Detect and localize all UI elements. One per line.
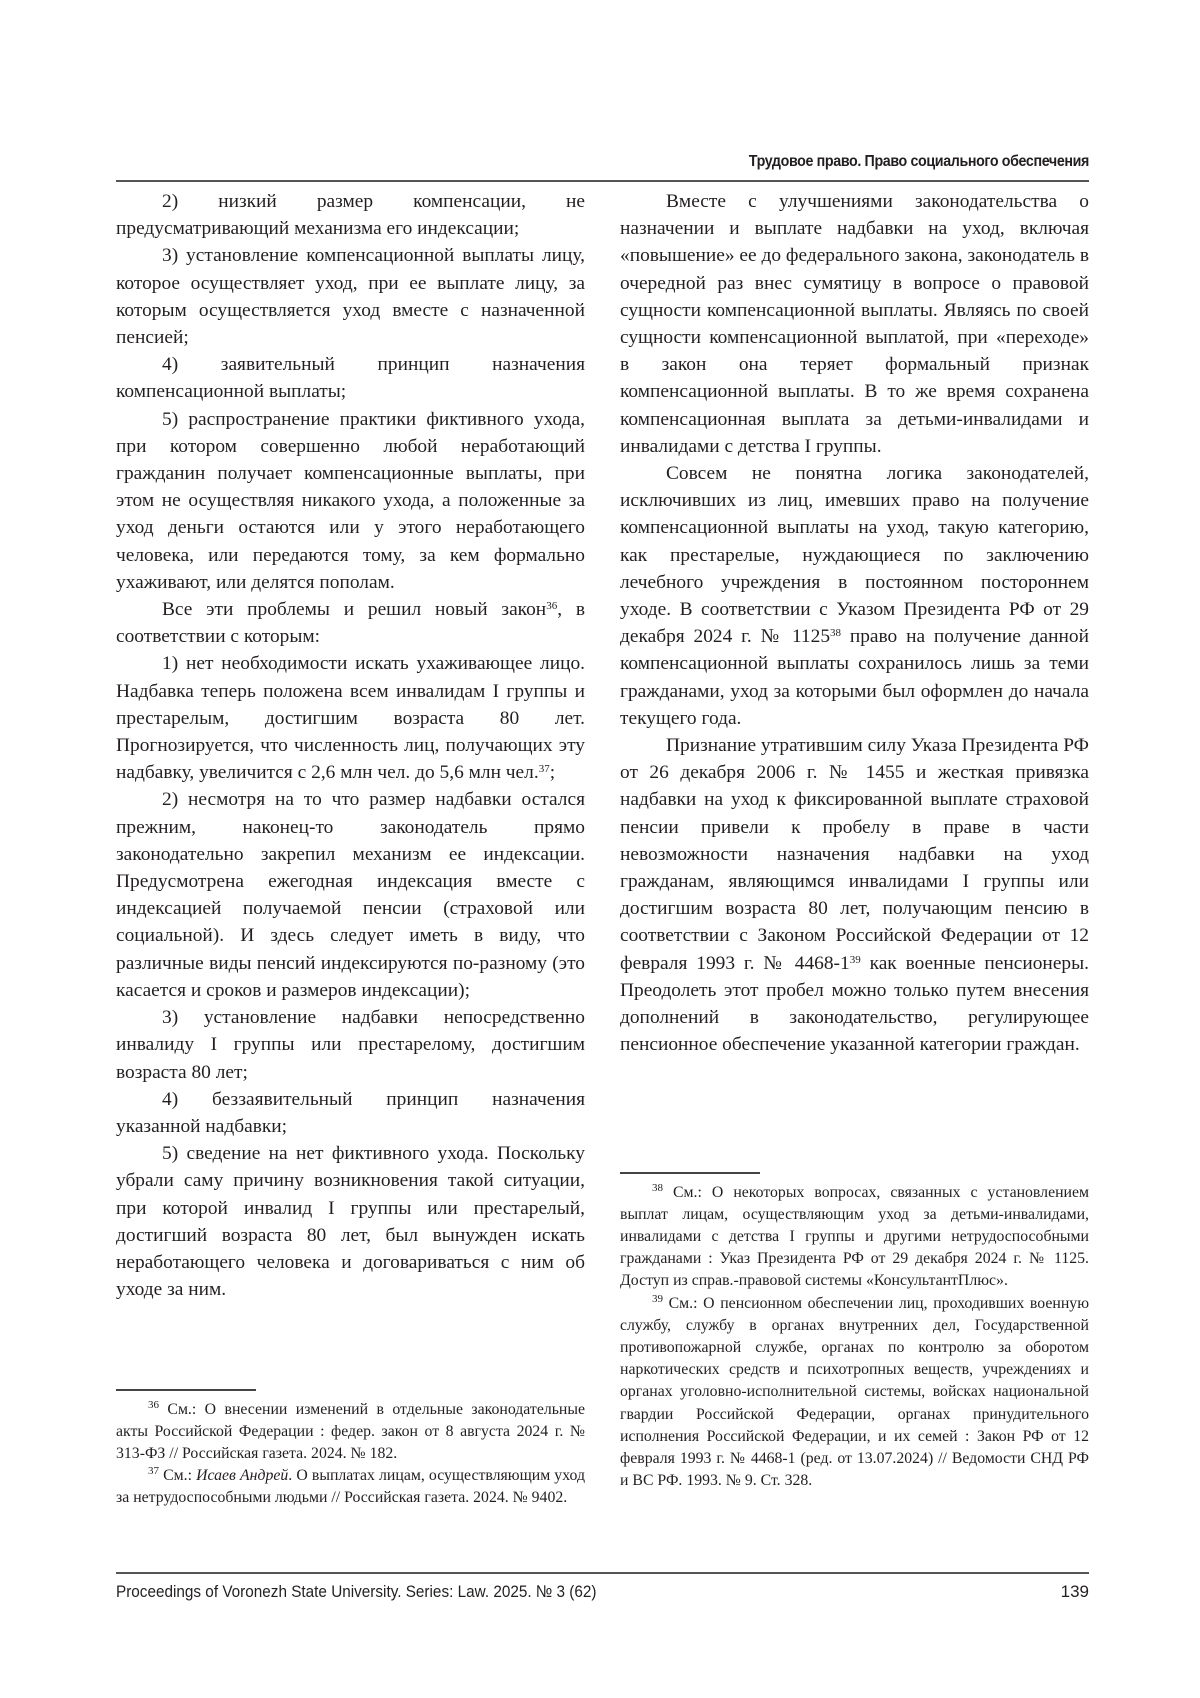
footnote-39: 39 См.: О пенсионном обеспечении лиц, пр… bbox=[620, 1293, 1089, 1493]
paragraph: 5) сведение на нет фиктивного ухода. Пос… bbox=[116, 1140, 585, 1303]
paragraph-text: Совсем не понятна логика законодателей, … bbox=[620, 463, 1089, 647]
page-footer: Proceedings of Voronezh State University… bbox=[116, 1582, 1089, 1606]
paragraph: Совсем не понятна логика законодателей, … bbox=[620, 460, 1089, 732]
footnote-prefix: См.: bbox=[159, 1467, 196, 1484]
paragraph: 4) беззаявительный принцип назначения ук… bbox=[116, 1086, 585, 1140]
journal-page: Трудовое право. Право социального обеспе… bbox=[0, 0, 1200, 1698]
journal-citation: Proceedings of Voronezh State University… bbox=[116, 1582, 596, 1602]
footnote-number: 39 bbox=[652, 1293, 663, 1305]
paragraph-text: Признание утратившим силу Указа Президен… bbox=[620, 735, 1089, 974]
footnote-text: См.: О пенсионном обеспечении лиц, прохо… bbox=[620, 1295, 1089, 1490]
header-rule bbox=[116, 180, 1089, 182]
page-number: 139 bbox=[1061, 1582, 1089, 1602]
footnote-text: См.: О внесении изменений в отдельные за… bbox=[116, 1401, 585, 1462]
footnote-ref-37[interactable]: 37 bbox=[539, 763, 550, 775]
footnote-divider bbox=[620, 1172, 760, 1174]
footnote-number: 36 bbox=[148, 1399, 159, 1411]
footer-rule bbox=[116, 1572, 1089, 1574]
footnote-divider bbox=[116, 1389, 256, 1391]
footnote-text: См.: О некоторых вопросах, связанных с у… bbox=[620, 1184, 1089, 1290]
footnote-author: Исаев Андрей bbox=[196, 1467, 288, 1484]
right-column: Вместе с улучшениями законодательства о … bbox=[620, 188, 1089, 1059]
footnote-ref-38[interactable]: 38 bbox=[830, 627, 841, 639]
paragraph: Вместе с улучшениями законодательства о … bbox=[620, 188, 1089, 460]
paragraph: 4) заявительный принцип назначения компе… bbox=[116, 351, 585, 405]
footnote-number: 38 bbox=[652, 1182, 663, 1194]
running-head-title: Трудовое право. Право социального обеспе… bbox=[194, 153, 1089, 171]
paragraph: 3) установление надбавки непосредственно… bbox=[116, 1004, 585, 1086]
paragraph-text: 1) нет необходимости искать ухаживающее … bbox=[116, 653, 585, 783]
footnotes-left: 36 См.: О внесении изменений в отдельные… bbox=[116, 1389, 585, 1510]
paragraph: 2) несмотря на то что размер надбавки ос… bbox=[116, 786, 585, 1004]
paragraph: Признание утратившим силу Указа Президен… bbox=[620, 732, 1089, 1058]
footnote-ref-39[interactable]: 39 bbox=[850, 954, 861, 966]
footnote-ref-36[interactable]: 36 bbox=[546, 600, 557, 612]
paragraph: Все эти проблемы и решил новый закон36, … bbox=[116, 596, 585, 650]
footnote-37: 37 См.: Исаев Андрей. О выплатах лицам, … bbox=[116, 1465, 585, 1509]
footnotes-right: 38 См.: О некоторых вопросах, связанных … bbox=[620, 1172, 1089, 1492]
footnote-38: 38 См.: О некоторых вопросах, связанных … bbox=[620, 1182, 1089, 1293]
paragraph: 5) распространение практики фиктивного у… bbox=[116, 406, 585, 596]
paragraph: 1) нет необходимости искать ухаживающее … bbox=[116, 650, 585, 786]
footnote-36: 36 См.: О внесении изменений в отдельные… bbox=[116, 1399, 585, 1466]
footnote-number: 37 bbox=[148, 1465, 159, 1477]
paragraph: 2) низкий размер компенсации, не предусм… bbox=[116, 188, 585, 242]
left-column: 2) низкий размер компенсации, не предусм… bbox=[116, 188, 585, 1303]
paragraph-text: ; bbox=[550, 762, 555, 783]
paragraph: 3) установление компенсационной выплаты … bbox=[116, 242, 585, 351]
paragraph-text: Все эти проблемы и решил новый закон bbox=[162, 599, 546, 620]
